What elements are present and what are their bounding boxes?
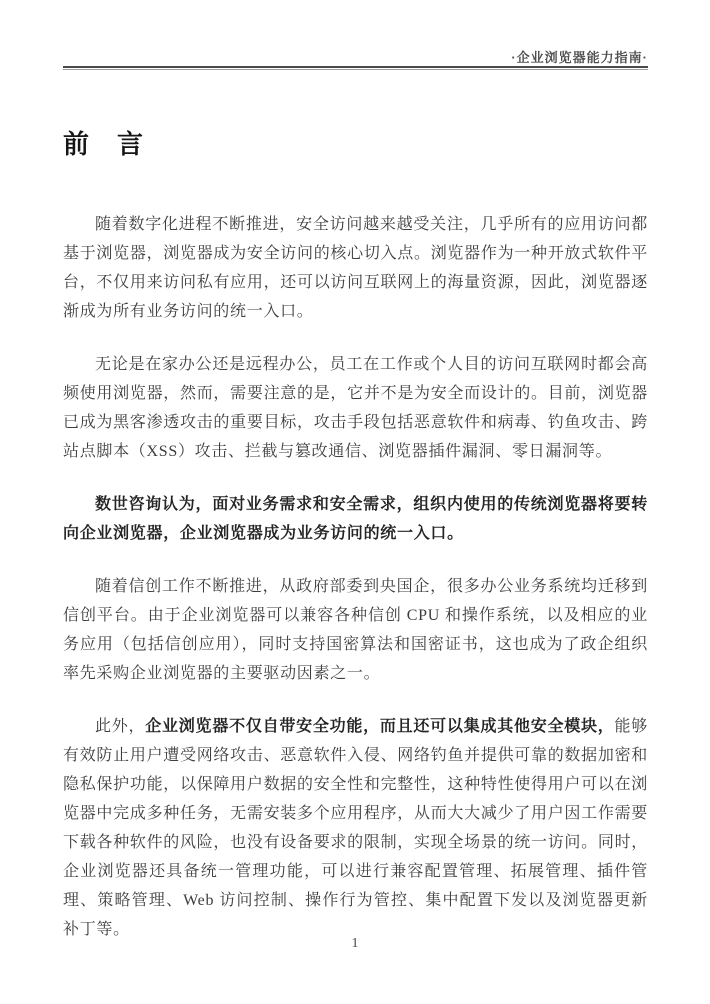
paragraph-text: 无论是在家办公还是远程办公，员工在工作或个人目的访问互联网时都会高频使用浏览器，… — [63, 356, 648, 460]
paragraph-text: 随着信创工作不断推进，从政府部委到央国企，很多办公业务系统均迁移到信创平台。由于… — [63, 578, 648, 682]
paragraph: 此外，企业浏览器不仅自带安全功能，而且还可以集成其他安全模块，能够有效防止用户遭… — [63, 712, 648, 944]
paragraph-text-bold: 企业浏览器不仅自带安全功能，而且还可以集成其他安全模块， — [145, 718, 614, 735]
page-title: 前 言 — [63, 129, 144, 159]
document-page: ·企业浏览器能力指南· 前 言 随着数字化进程不断推进，安全访问越来越受关注，几… — [0, 0, 710, 1004]
header-rule — [63, 66, 648, 68]
paragraph: 随着信创工作不断推进，从政府部委到央国企，很多办公业务系统均迁移到信创平台。由于… — [63, 572, 648, 688]
document-body: 随着数字化进程不断推进，安全访问越来越受关注，几乎所有的应用访问都基于浏览器，浏… — [63, 210, 648, 968]
paragraph-text: 随着数字化进程不断推进，安全访问越来越受关注，几乎所有的应用访问都基于浏览器，浏… — [63, 216, 648, 320]
page-number: 1 — [0, 936, 710, 952]
paragraph-text: 此外， — [95, 718, 145, 735]
paragraph-emphasis: 数世咨询认为，面对业务需求和安全需求，组织内使用的传统浏览器将要转向企业浏览器，… — [63, 490, 648, 548]
paragraph: 随着数字化进程不断推进，安全访问越来越受关注，几乎所有的应用访问都基于浏览器，浏… — [63, 210, 648, 326]
paragraph-text: 能够有效防止用户遭受网络攻击、恶意软件入侵、网络钓鱼并提供可靠的数据加密和隐私保… — [63, 718, 648, 938]
paragraph-text-bold: 数世咨询认为，面对业务需求和安全需求，组织内使用的传统浏览器将要转向企业浏览器，… — [63, 496, 648, 542]
paragraph: 无论是在家办公还是远程办公，员工在工作或个人目的访问互联网时都会高频使用浏览器，… — [63, 350, 648, 466]
running-header-title: ·企业浏览器能力指南· — [511, 47, 648, 66]
